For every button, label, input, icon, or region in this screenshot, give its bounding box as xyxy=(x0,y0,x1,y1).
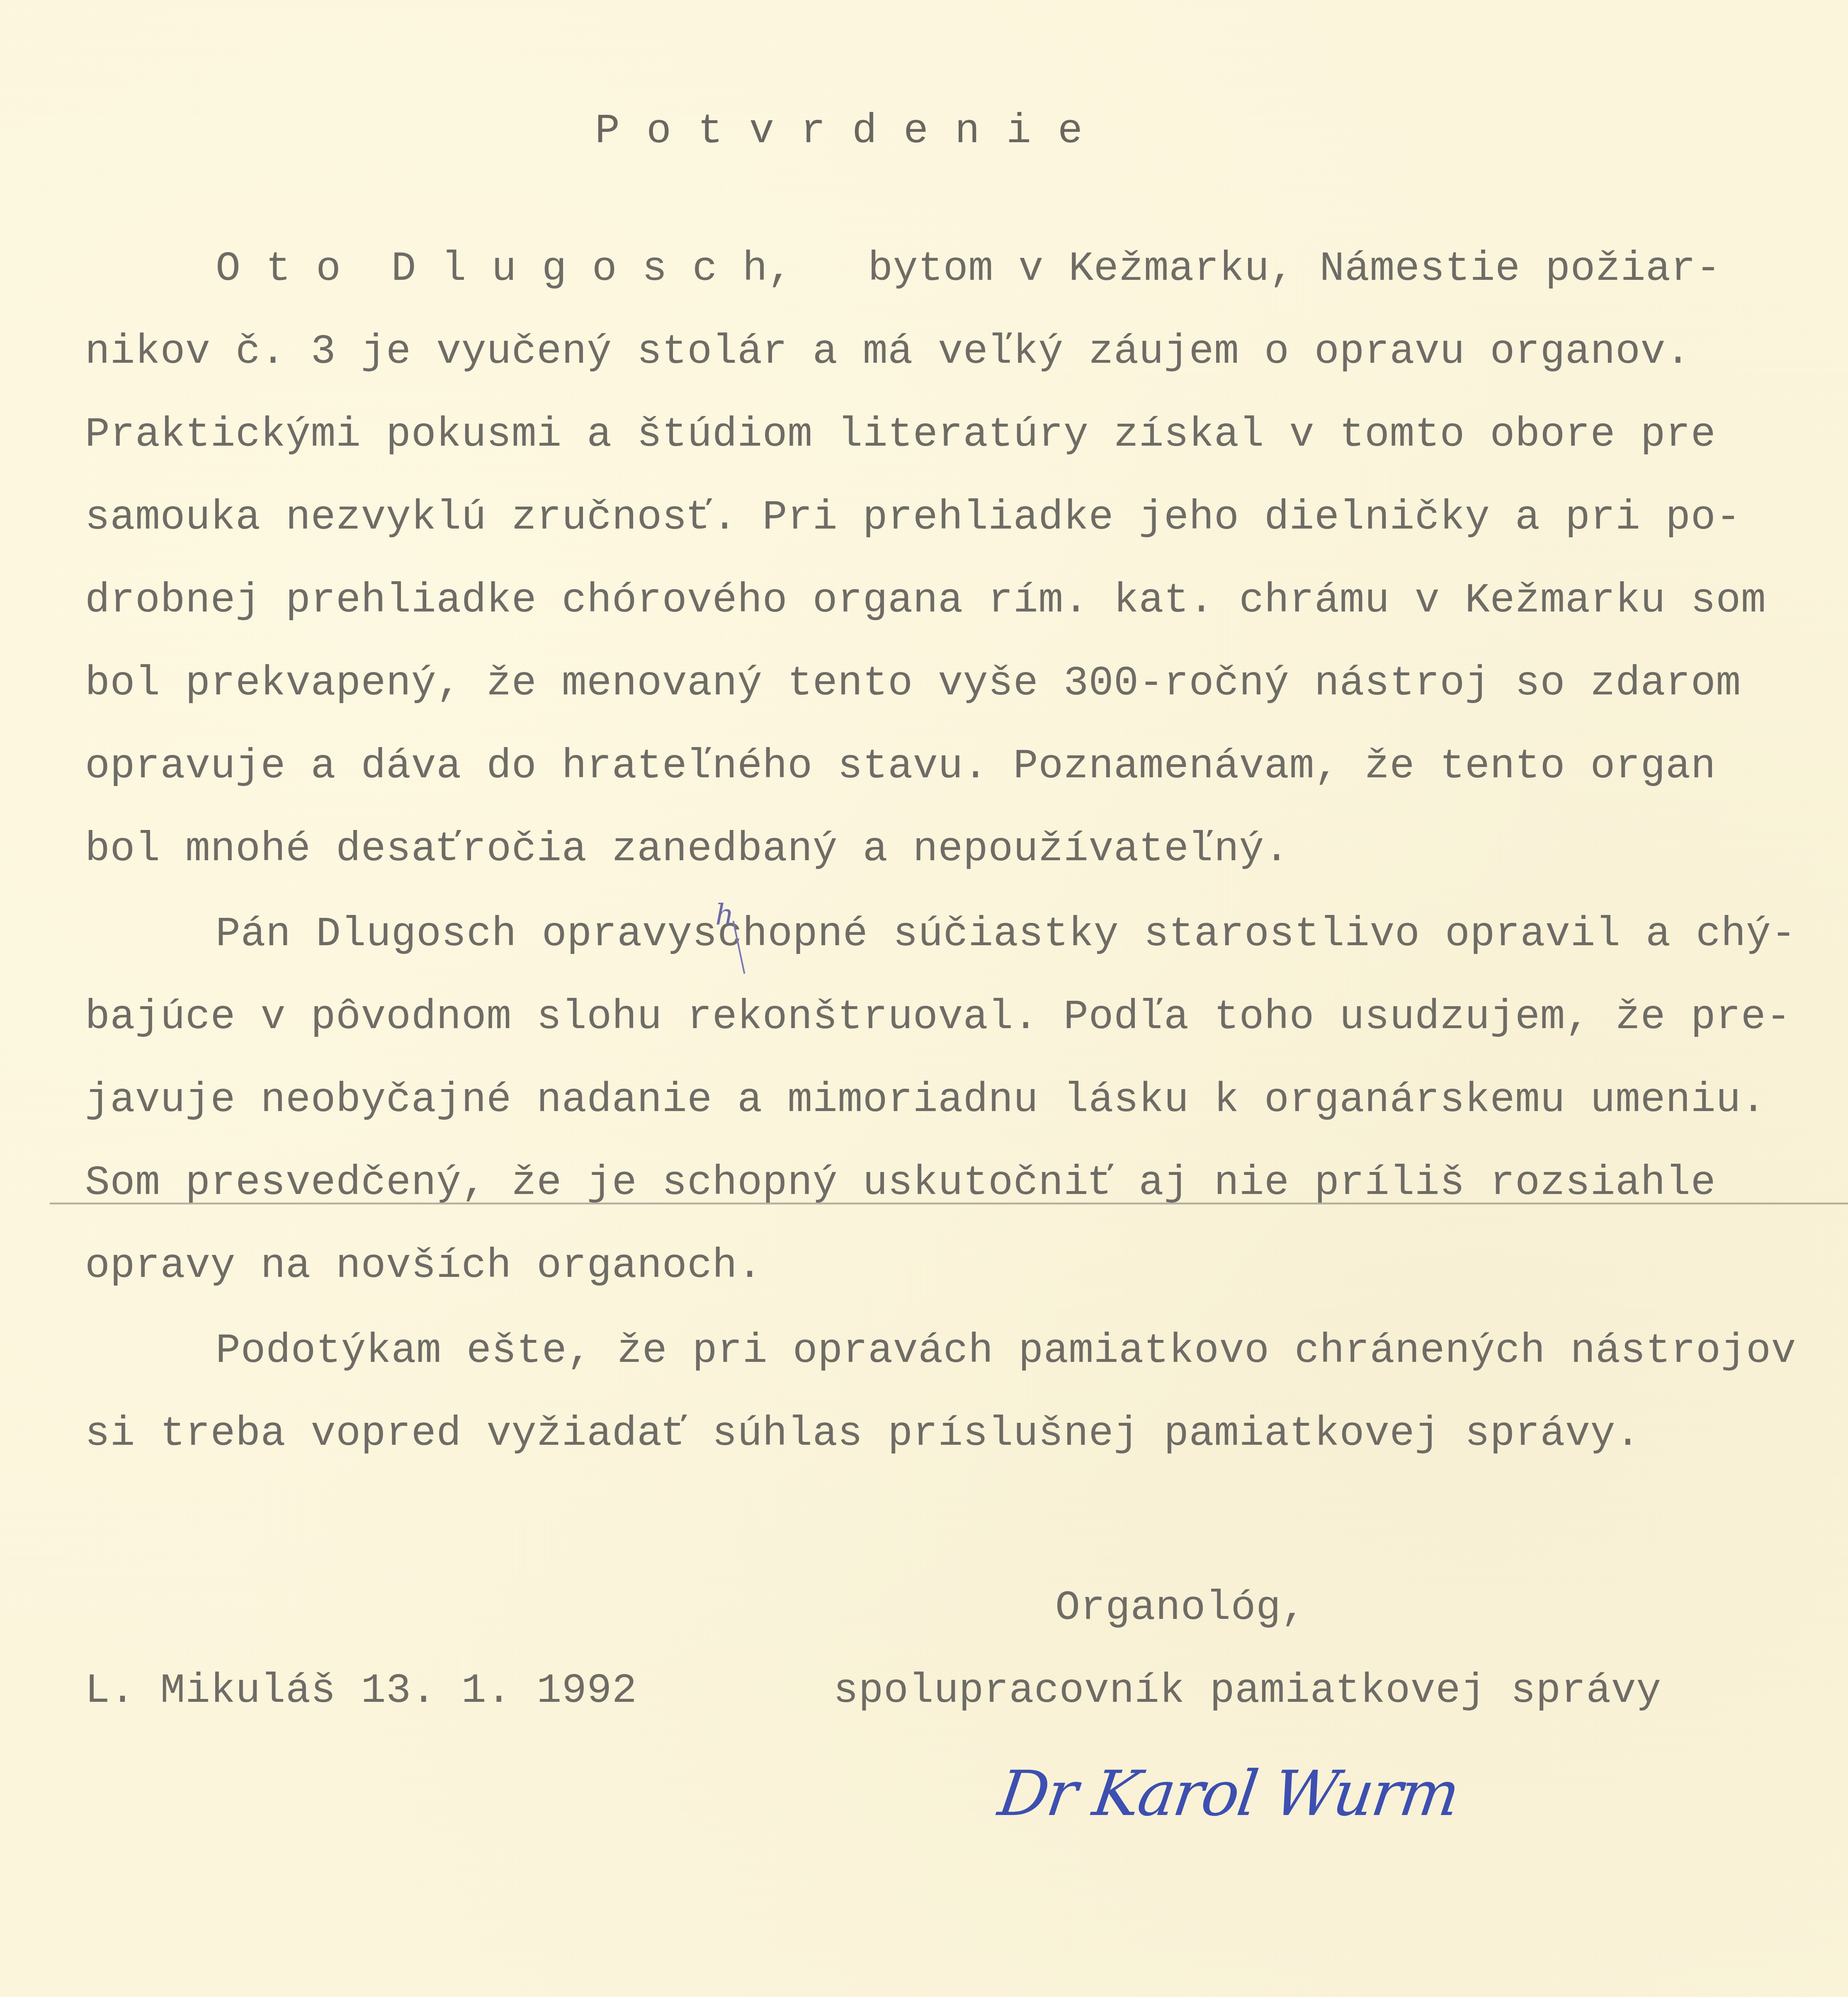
text-line: bol mnohé desaťročia zanedbaný a nepouží… xyxy=(85,829,1289,871)
paper-fold-line xyxy=(50,1202,1848,1205)
document-title: Potvrdenie xyxy=(595,111,1109,153)
text-line: Podotýkam ešte, že pri opravách pamiatko… xyxy=(216,1331,1796,1372)
text-line: Som presvedčený, že je schopný uskutočni… xyxy=(85,1163,1716,1204)
text-line: bajúce v pôvodnom slohu rekonštruoval. P… xyxy=(85,997,1791,1039)
handwritten-signature: Dr Karol Wurm xyxy=(994,1758,1463,1830)
text-line: nikov č. 3 je vyučený stolár a má veľký … xyxy=(85,332,1691,373)
place-date: L. Mikuláš 13. 1. 1992 xyxy=(85,1671,637,1712)
text-line: Pán Dlugosch opravyschopné súčiastky sta… xyxy=(216,914,1796,956)
text-line: javuje neobyčajné nadanie a mimoriadnu l… xyxy=(85,1080,1766,1121)
text-line: O t o D l u g o s c h, bytom v Kežmarku,… xyxy=(216,249,1721,290)
text-line: si treba vopred vyžiadať súhlas príslušn… xyxy=(85,1414,1641,1455)
text-line: opravuje a dáva do hrateľného stavu. Poz… xyxy=(85,746,1716,788)
text-line: drobnej prehliadke chórového organa rím.… xyxy=(85,580,1766,622)
text-line: Praktickými pokusmi a štúdiom literatúry… xyxy=(85,415,1716,456)
signer-affiliation: spolupracovník pamiatkovej správy xyxy=(833,1671,1661,1712)
text-line: opravy na novších organoch. xyxy=(85,1246,763,1287)
text-line: bol prekvapený, že menovaný tento vyše 3… xyxy=(85,663,1741,705)
text-line: samouka nezvyklú zručnosť. Pri prehliadk… xyxy=(85,497,1741,539)
signer-role: Organológ, xyxy=(1055,1588,1306,1629)
handwritten-correction: h xyxy=(715,898,734,932)
